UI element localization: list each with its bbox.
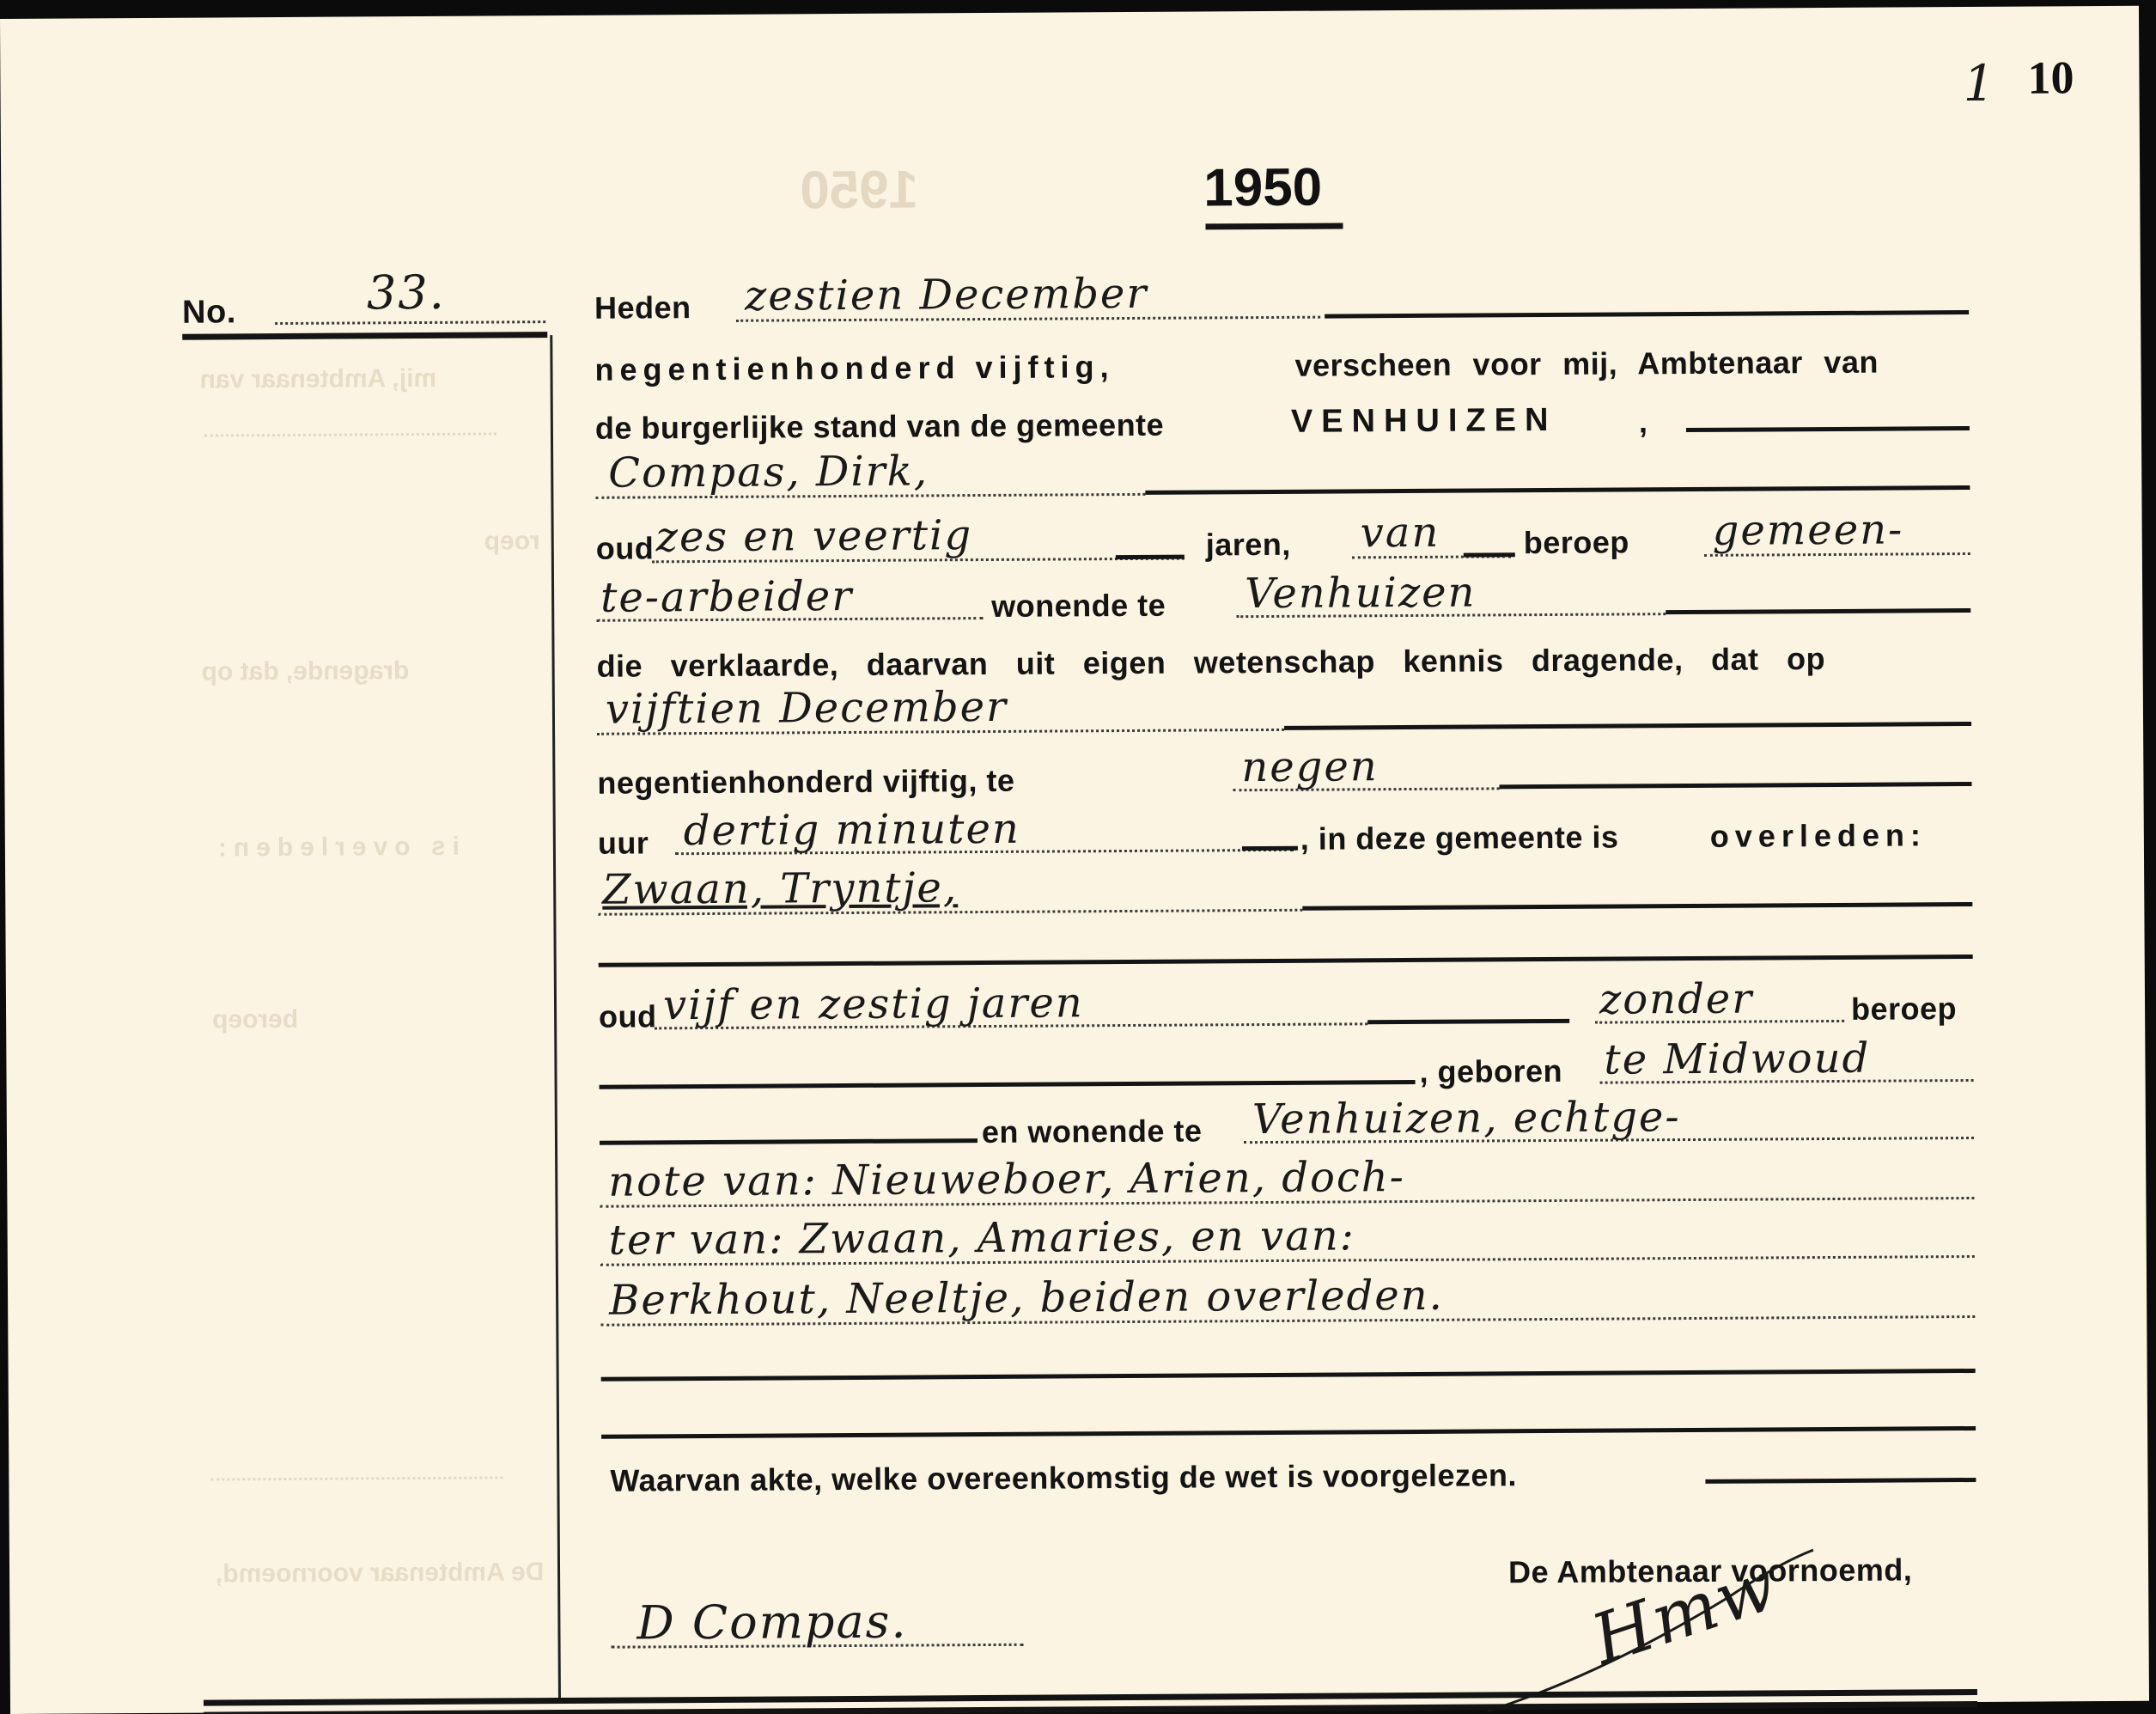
field-deceased-residence: Venhuizen, echtge- <box>1252 1093 1681 1144</box>
label-geboren: , geboren <box>1419 1053 1562 1090</box>
fill-line <box>1116 555 1185 559</box>
signature-flourish-icon <box>1470 1546 1831 1714</box>
fill-line <box>1302 902 1972 911</box>
label-heden: Heden <box>594 290 691 326</box>
ghost-text: mij, Ambtenaar van <box>199 364 436 395</box>
ghost-rule <box>210 1476 502 1480</box>
fill-line <box>601 1369 1976 1382</box>
municipality-name: VENHUIZEN <box>1291 402 1557 441</box>
fill-line <box>1464 552 1515 557</box>
field-date-of-act: zestien December <box>745 270 1148 320</box>
column-divider <box>550 335 561 1701</box>
record-number-value: 33. <box>367 265 446 320</box>
field-occupation-cont: te-arbeider <box>600 572 853 622</box>
page-number: 10 <box>2027 51 2074 104</box>
closing-statement: Waarvan akte, welke overeenkomstig de we… <box>610 1457 1517 1498</box>
ghost-rule <box>204 432 496 436</box>
ghost-text: De Ambtenaar voornoemd, <box>216 1558 544 1589</box>
field-declarant-age: zes en veertig <box>656 511 973 561</box>
record-number-rule <box>275 320 545 325</box>
declarant-signature: D Compas. <box>636 1595 908 1650</box>
fill-line <box>1686 426 1970 432</box>
fill-line <box>601 1426 1976 1439</box>
field-birthplace: te Midwoud <box>1604 1034 1870 1084</box>
ghost-text: roep <box>484 527 540 556</box>
label-en-wonende-te: en wonende te <box>982 1113 1203 1150</box>
fill-line <box>1284 722 1971 730</box>
label-beroep: beroep <box>1524 524 1629 561</box>
fill-line <box>1666 608 1970 614</box>
fill-line <box>1325 310 1969 319</box>
fill-line <box>1145 485 1970 495</box>
text-line: negentienhonderd vijftig, <box>594 349 1114 388</box>
label-beroep: beroep <box>1851 991 1957 1028</box>
field-van: van <box>1361 509 1440 558</box>
field-hour: negen <box>1241 742 1379 791</box>
year-underline <box>1205 223 1343 229</box>
year-heading: 1950 <box>1203 157 1322 219</box>
page-handwritten-number: 1 <box>1963 54 1996 113</box>
label-oud: oud <box>599 998 657 1034</box>
field-declarant-name: Compas, Dirk, <box>608 447 929 497</box>
field-parents-cont: Berkhout, Neeltje, beiden overleden. <box>609 1272 1444 1325</box>
text-line: de burgerlijke stand van de gemeente <box>595 407 1164 447</box>
fill-line <box>600 1080 1416 1089</box>
fill-line <box>1242 846 1298 851</box>
fill-line <box>600 1138 978 1145</box>
label-uur: uur <box>598 825 649 861</box>
ghost-year: 1950 <box>800 159 918 221</box>
field-deceased-age: vijf en zestig jaren <box>663 979 1084 1029</box>
label-overleden: overleden: <box>1710 817 1927 855</box>
text-line: die verklaarde, daarvan uit eigen wetens… <box>596 641 1825 685</box>
text-line: verscheen voor mij, Ambtenaar van <box>1294 345 1879 384</box>
field-minutes: dertig minuten <box>684 805 1020 855</box>
fill-line <box>1705 1478 1976 1484</box>
text-line: , <box>1639 404 1648 440</box>
field-occupation: gemeen- <box>1713 505 1904 554</box>
field-date-of-death: vijftien December <box>606 683 1008 734</box>
ghost-text: is overleden: <box>211 833 460 863</box>
ghost-text: dragende, dat op <box>202 656 410 686</box>
field-spouse: note van: Nieuweboer, Arien, doch- <box>608 1153 1405 1206</box>
field-parents: ter van: Zwaan, Amaries, en van: <box>609 1211 1355 1264</box>
label-wonende-te: wonende te <box>991 588 1166 625</box>
certificate-page: mij, Ambtenaar van roep dragende, dat op… <box>0 6 2149 1714</box>
text-line: , in deze gemeente is <box>1300 820 1619 857</box>
label-jaren: jaren, <box>1206 527 1291 564</box>
field-deceased-name: Zwaan, Tryntje, <box>602 863 958 914</box>
record-number-label: No. <box>182 294 236 331</box>
label-oud: oud <box>596 530 655 566</box>
text-line: negentienhonderd vijftig, te <box>597 763 1014 802</box>
fill-line <box>1367 1019 1569 1024</box>
fill-line <box>1499 782 1971 789</box>
ghost-text: beroep <box>212 1005 298 1035</box>
header-rule <box>182 332 547 340</box>
field-declarant-residence: Venhuizen <box>1245 569 1477 619</box>
fill-line <box>599 955 1973 967</box>
field-deceased-occupation: zonder <box>1599 975 1754 1024</box>
